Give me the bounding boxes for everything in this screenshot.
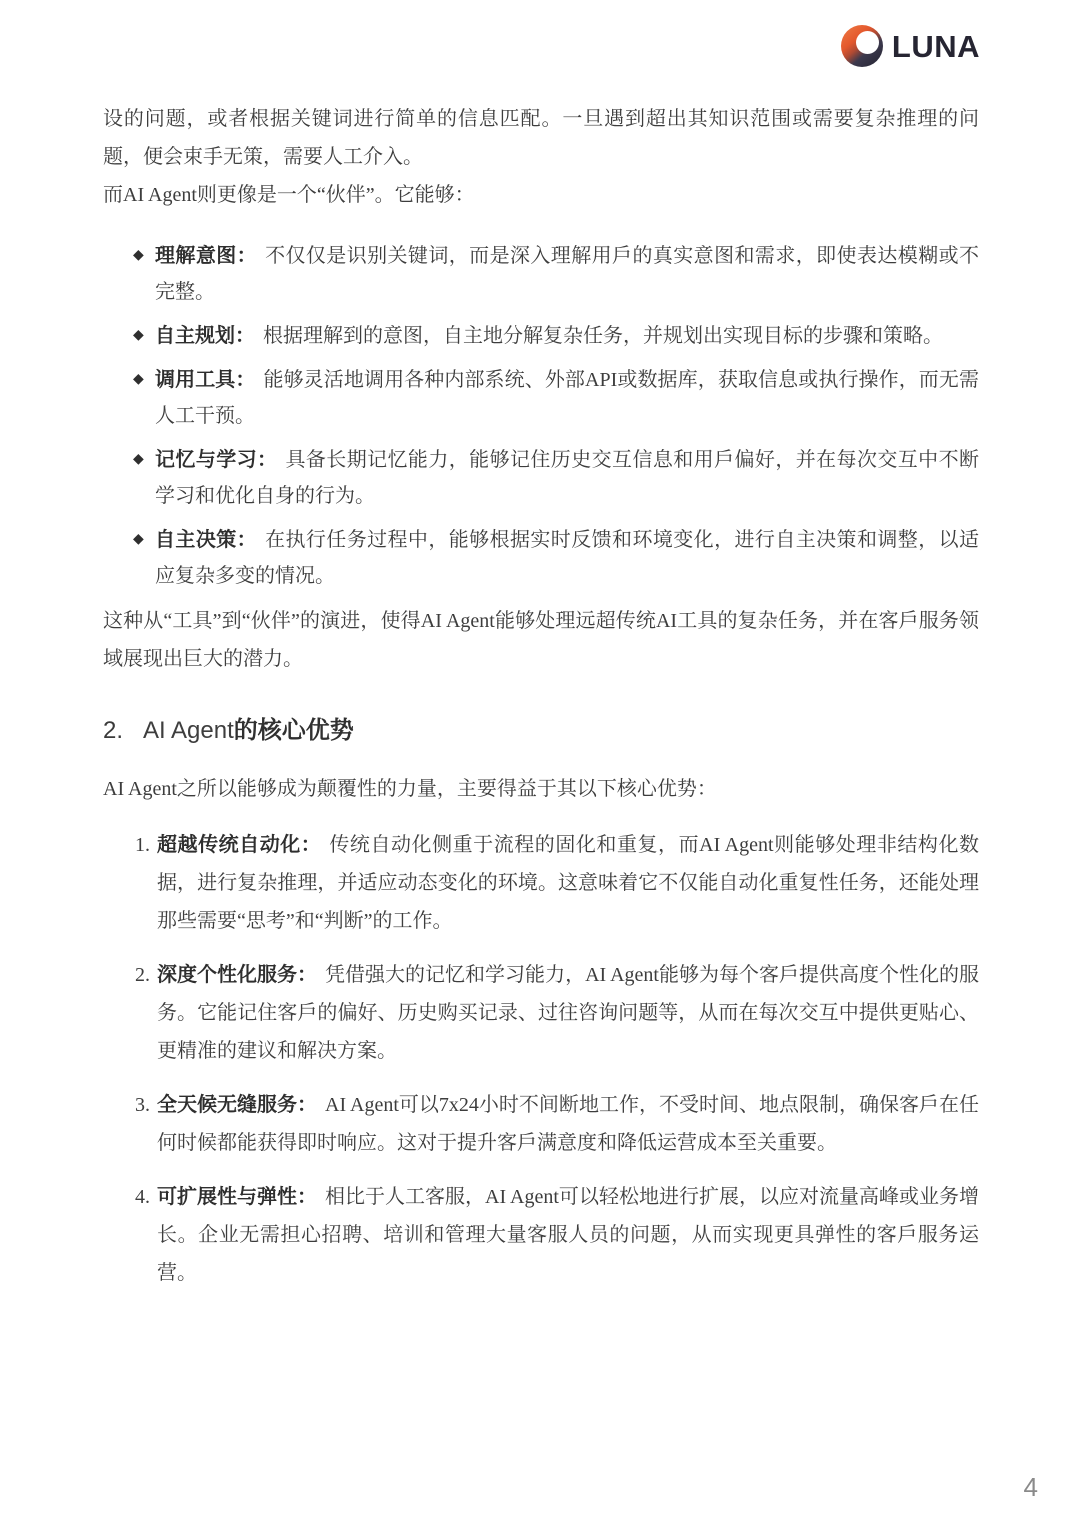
numbered-item-beyond-automation: 1. 超越传统自动化：传统自动化侧重于流程的固化和重复，而AI Agent则能够… [135, 826, 979, 940]
bullet-text: 根据理解到的意图，自主地分解复杂任务，并规划出实现目标的步骤和策略。 [263, 325, 943, 347]
bullet-text: 能够灵活地调用各种内部系统、外部API或数据库，获取信息或执行操作，而无需人工干… [155, 369, 979, 427]
item-number: 4. [135, 1178, 157, 1292]
item-label: 超越传统自动化： [157, 834, 321, 856]
diamond-bullet-icon: ◆ [133, 362, 155, 434]
section-title-zh: 的核心优势 [234, 717, 354, 744]
diamond-bullet-icon: ◆ [133, 238, 155, 310]
bullet-item-autonomous-decision: ◆ 自主决策：在执行任务过程中，能够根据实时反馈和环境变化，进行自主决策和调整，… [133, 522, 979, 594]
paragraph-intro-partner: 而AI Agent则更像是一个“伙伴”。它能够： [103, 176, 979, 214]
numbered-item-personalized-service: 2. 深度个性化服务：凭借强大的记忆和学习能力，AI Agent能够为每个客戶提… [135, 956, 979, 1070]
bullet-item-tool-use: ◆ 调用工具：能够灵活地调用各种内部系统、外部API或数据库，获取信息或执行操作… [133, 362, 979, 434]
paragraph-continuation: 设的问题，或者根据关键词进行简单的信息匹配。一旦遇到超出其知识范围或需要复杂推理… [103, 100, 979, 176]
bullet-item-understand-intent: ◆ 理解意图：不仅仅是识别关键词，而是深入理解用戶的真实意图和需求，即使表达模糊… [133, 238, 979, 310]
item-number: 3. [135, 1086, 157, 1162]
capability-bullet-list: ◆ 理解意图：不仅仅是识别关键词，而是深入理解用戶的真实意图和需求，即使表达模糊… [103, 238, 979, 594]
paragraph-evolution-summary: 这种从“工具”到“伙伴”的演进，使得AI Agent能够处理远超传统AI工具的复… [103, 602, 979, 678]
bullet-label: 自主规划： [155, 325, 255, 347]
section-title-latin: AI Agent [143, 717, 234, 744]
item-label: 深度个性化服务： [157, 964, 317, 986]
bullet-label: 理解意图： [155, 245, 257, 267]
bullet-text: 在执行任务过程中，能够根据实时反馈和环境变化，进行自主决策和调整，以适应复杂多变… [155, 529, 979, 587]
logo-wordmark: LUNA [892, 31, 980, 62]
bullet-item-autonomous-planning: ◆ 自主规划：根据理解到的意图，自主地分解复杂任务，并规划出实现目标的步骤和策略… [133, 318, 979, 354]
item-label: 可扩展性与弹性： [157, 1186, 317, 1208]
item-number: 1. [135, 826, 157, 940]
item-label: 全天候无缝服务： [157, 1094, 317, 1116]
bullet-text: 不仅仅是识别关键词，而是深入理解用戶的真实意图和需求，即使表达模糊或不完整。 [155, 245, 979, 303]
bullet-item-memory-learning: ◆ 记忆与学习：具备长期记忆能力，能够记住历史交互信息和用戶偏好，并在每次交互中… [133, 442, 979, 514]
page-number: 4 [1024, 1472, 1038, 1503]
core-advantages-numbered-list: 1. 超越传统自动化：传统自动化侧重于流程的固化和重复，而AI Agent则能够… [103, 826, 979, 1292]
header-logo: LUNA [841, 25, 980, 67]
document-content: 设的问题，或者根据关键词进行简单的信息匹配。一旦遇到超出其知识范围或需要复杂推理… [103, 100, 979, 1308]
section-number: 2. [103, 717, 123, 744]
bullet-text: 具备长期记忆能力，能够记住历史交互信息和用戶偏好，并在每次交互中不断学习和优化自… [155, 449, 979, 507]
luna-crescent-moon-icon [841, 25, 883, 67]
document-page: LUNA 设的问题，或者根据关键词进行简单的信息匹配。一旦遇到超出其知识范围或需… [0, 0, 1080, 1528]
bullet-label: 调用工具： [155, 369, 255, 391]
section-heading-core-advantages: 2.AI Agent的核心优势 [103, 714, 979, 748]
bullet-label: 自主决策： [155, 529, 257, 551]
numbered-item-scalability-elasticity: 4. 可扩展性与弹性：相比于人工客服，AI Agent可以轻松地进行扩展，以应对… [135, 1178, 979, 1292]
paragraph-advantages-intro: AI Agent之所以能够成为颠覆性的力量，主要得益于其以下核心优势： [103, 770, 979, 808]
diamond-bullet-icon: ◆ [133, 318, 155, 354]
numbered-item-always-on-service: 3. 全天候无缝服务：AI Agent可以7x24小时不间断地工作，不受时间、地… [135, 1086, 979, 1162]
diamond-bullet-icon: ◆ [133, 442, 155, 514]
bullet-label: 记忆与学习： [155, 449, 277, 471]
crescent-cutout [856, 31, 879, 54]
item-number: 2. [135, 956, 157, 1070]
diamond-bullet-icon: ◆ [133, 522, 155, 594]
